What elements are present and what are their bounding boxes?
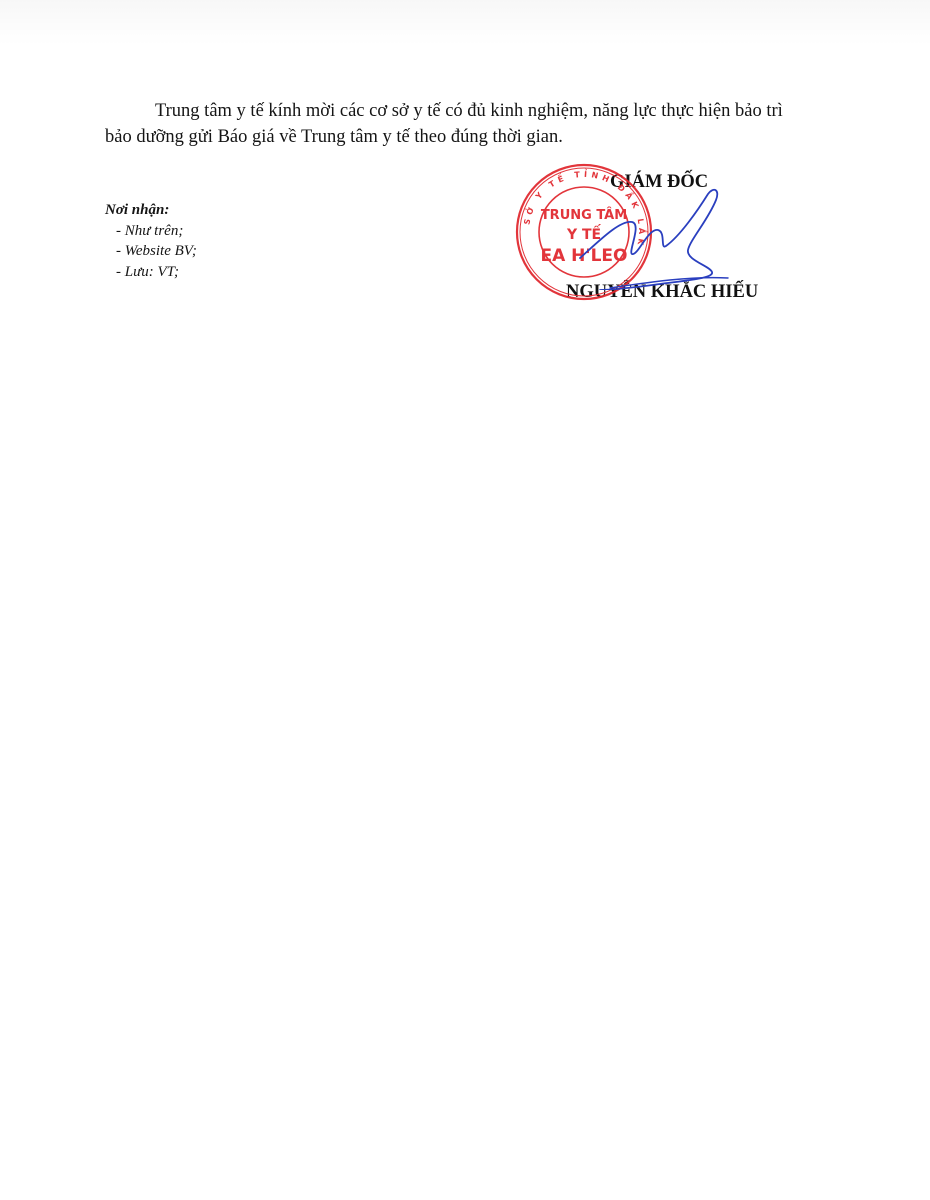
body-paragraph: Trung tâm y tế kính mời các cơ sở y tế c…	[105, 98, 835, 150]
document-page: Trung tâm y tế kính mời các cơ sở y tế c…	[0, 0, 930, 1200]
scan-top-edge	[0, 0, 930, 46]
body-paragraph-line-2: bảo dưỡng gửi Báo giá về Trung tâm y tế …	[105, 124, 835, 150]
recipients-list: Nơi nhận: - Như trên; - Website BV; - Lư…	[105, 200, 197, 282]
recipient-item: - Như trên;	[105, 221, 197, 242]
signature-block: GIÁM ĐỐC SỞ Y TẾ TỈNH ĐẮK LẮK TRUNG TÂM …	[510, 160, 810, 310]
recipient-item: - Lưu: VT;	[105, 262, 197, 283]
body-paragraph-line-1: Trung tâm y tế kính mời các cơ sở y tế c…	[105, 98, 835, 124]
recipient-item: - Website BV;	[105, 241, 197, 262]
handwritten-signature-icon	[570, 180, 730, 290]
recipients-heading: Nơi nhận:	[105, 200, 197, 221]
